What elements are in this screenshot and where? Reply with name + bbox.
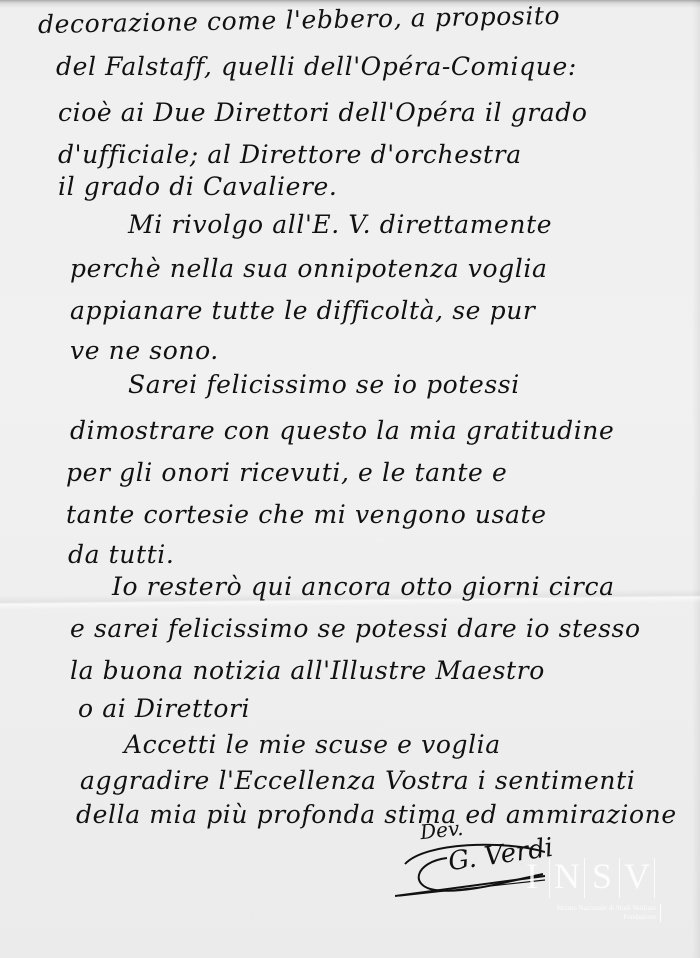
watermark-letter: S [585,858,620,898]
letter-line-17: la buona notizia all'Illustre Maestro [70,656,545,685]
watermark-subtitle: Fondazione [515,913,656,922]
letter-line-8: appianare tutte le difficoltà, se pur [70,296,535,325]
letter-line-1: decorazione come l'ebbero, a proposito [38,1,561,39]
letter-line-3: cioè ai Due Direttori dell'Opéra il grad… [58,98,588,127]
letter-line-19: Accetti le mie scuse e voglia [124,730,501,759]
letter-line-10: Sarei felicissimo se io potessi [128,370,520,399]
letter-line-6: Mi rivolgo all'E. V. direttamente [128,210,552,239]
watermark-institution: Istituto Nazionale di Studi Verdiani Fon… [515,904,661,922]
letter-line-15: Io resterò qui ancora otto giorni circa [112,572,615,601]
letter-line-9: ve ne sono. [70,336,219,365]
watermark-letter: N [550,858,585,898]
letter-line-21: della mia più profonda stima ed ammirazi… [76,800,677,829]
letter-line-18: o ai Direttori [78,694,250,723]
letter-line-20: aggradire l'Eccellenza Vostra i sentimen… [80,766,635,795]
letter-line-2: del Falstaff, quelli dell'Opéra-Comique: [56,52,577,81]
letter-line-14: da tutti. [68,540,174,569]
letter-line-7: perchè nella sua onnipotenza voglia [70,254,547,283]
letter-line-13: tante cortesie che mi vengono usate [66,500,547,529]
letter-line-16: e sarei felicissimo se potessi dare io s… [70,614,641,643]
letter-line-11: dimostrare con questo la mia gratitudine [70,416,614,445]
watermark-letter: I [515,858,550,898]
letter-page: decorazione come l'ebbero, a proposito d… [0,0,700,958]
page-edge-shadow [692,0,700,958]
letter-line-5: il grado di Cavaliere. [58,172,337,201]
watermark-letter: V [620,858,655,898]
letter-line-12: per gli onori ricevuti, e le tante e [66,458,507,487]
watermark-institution-name: Istituto Nazionale di Studi Verdiani [515,904,656,913]
letter-line-4: d'ufficiale; al Direttore d'orchestra [58,140,522,169]
watermark-logo: I N S V [515,858,661,898]
insv-watermark: I N S V Istituto Nazionale di Studi Verd… [515,858,661,942]
